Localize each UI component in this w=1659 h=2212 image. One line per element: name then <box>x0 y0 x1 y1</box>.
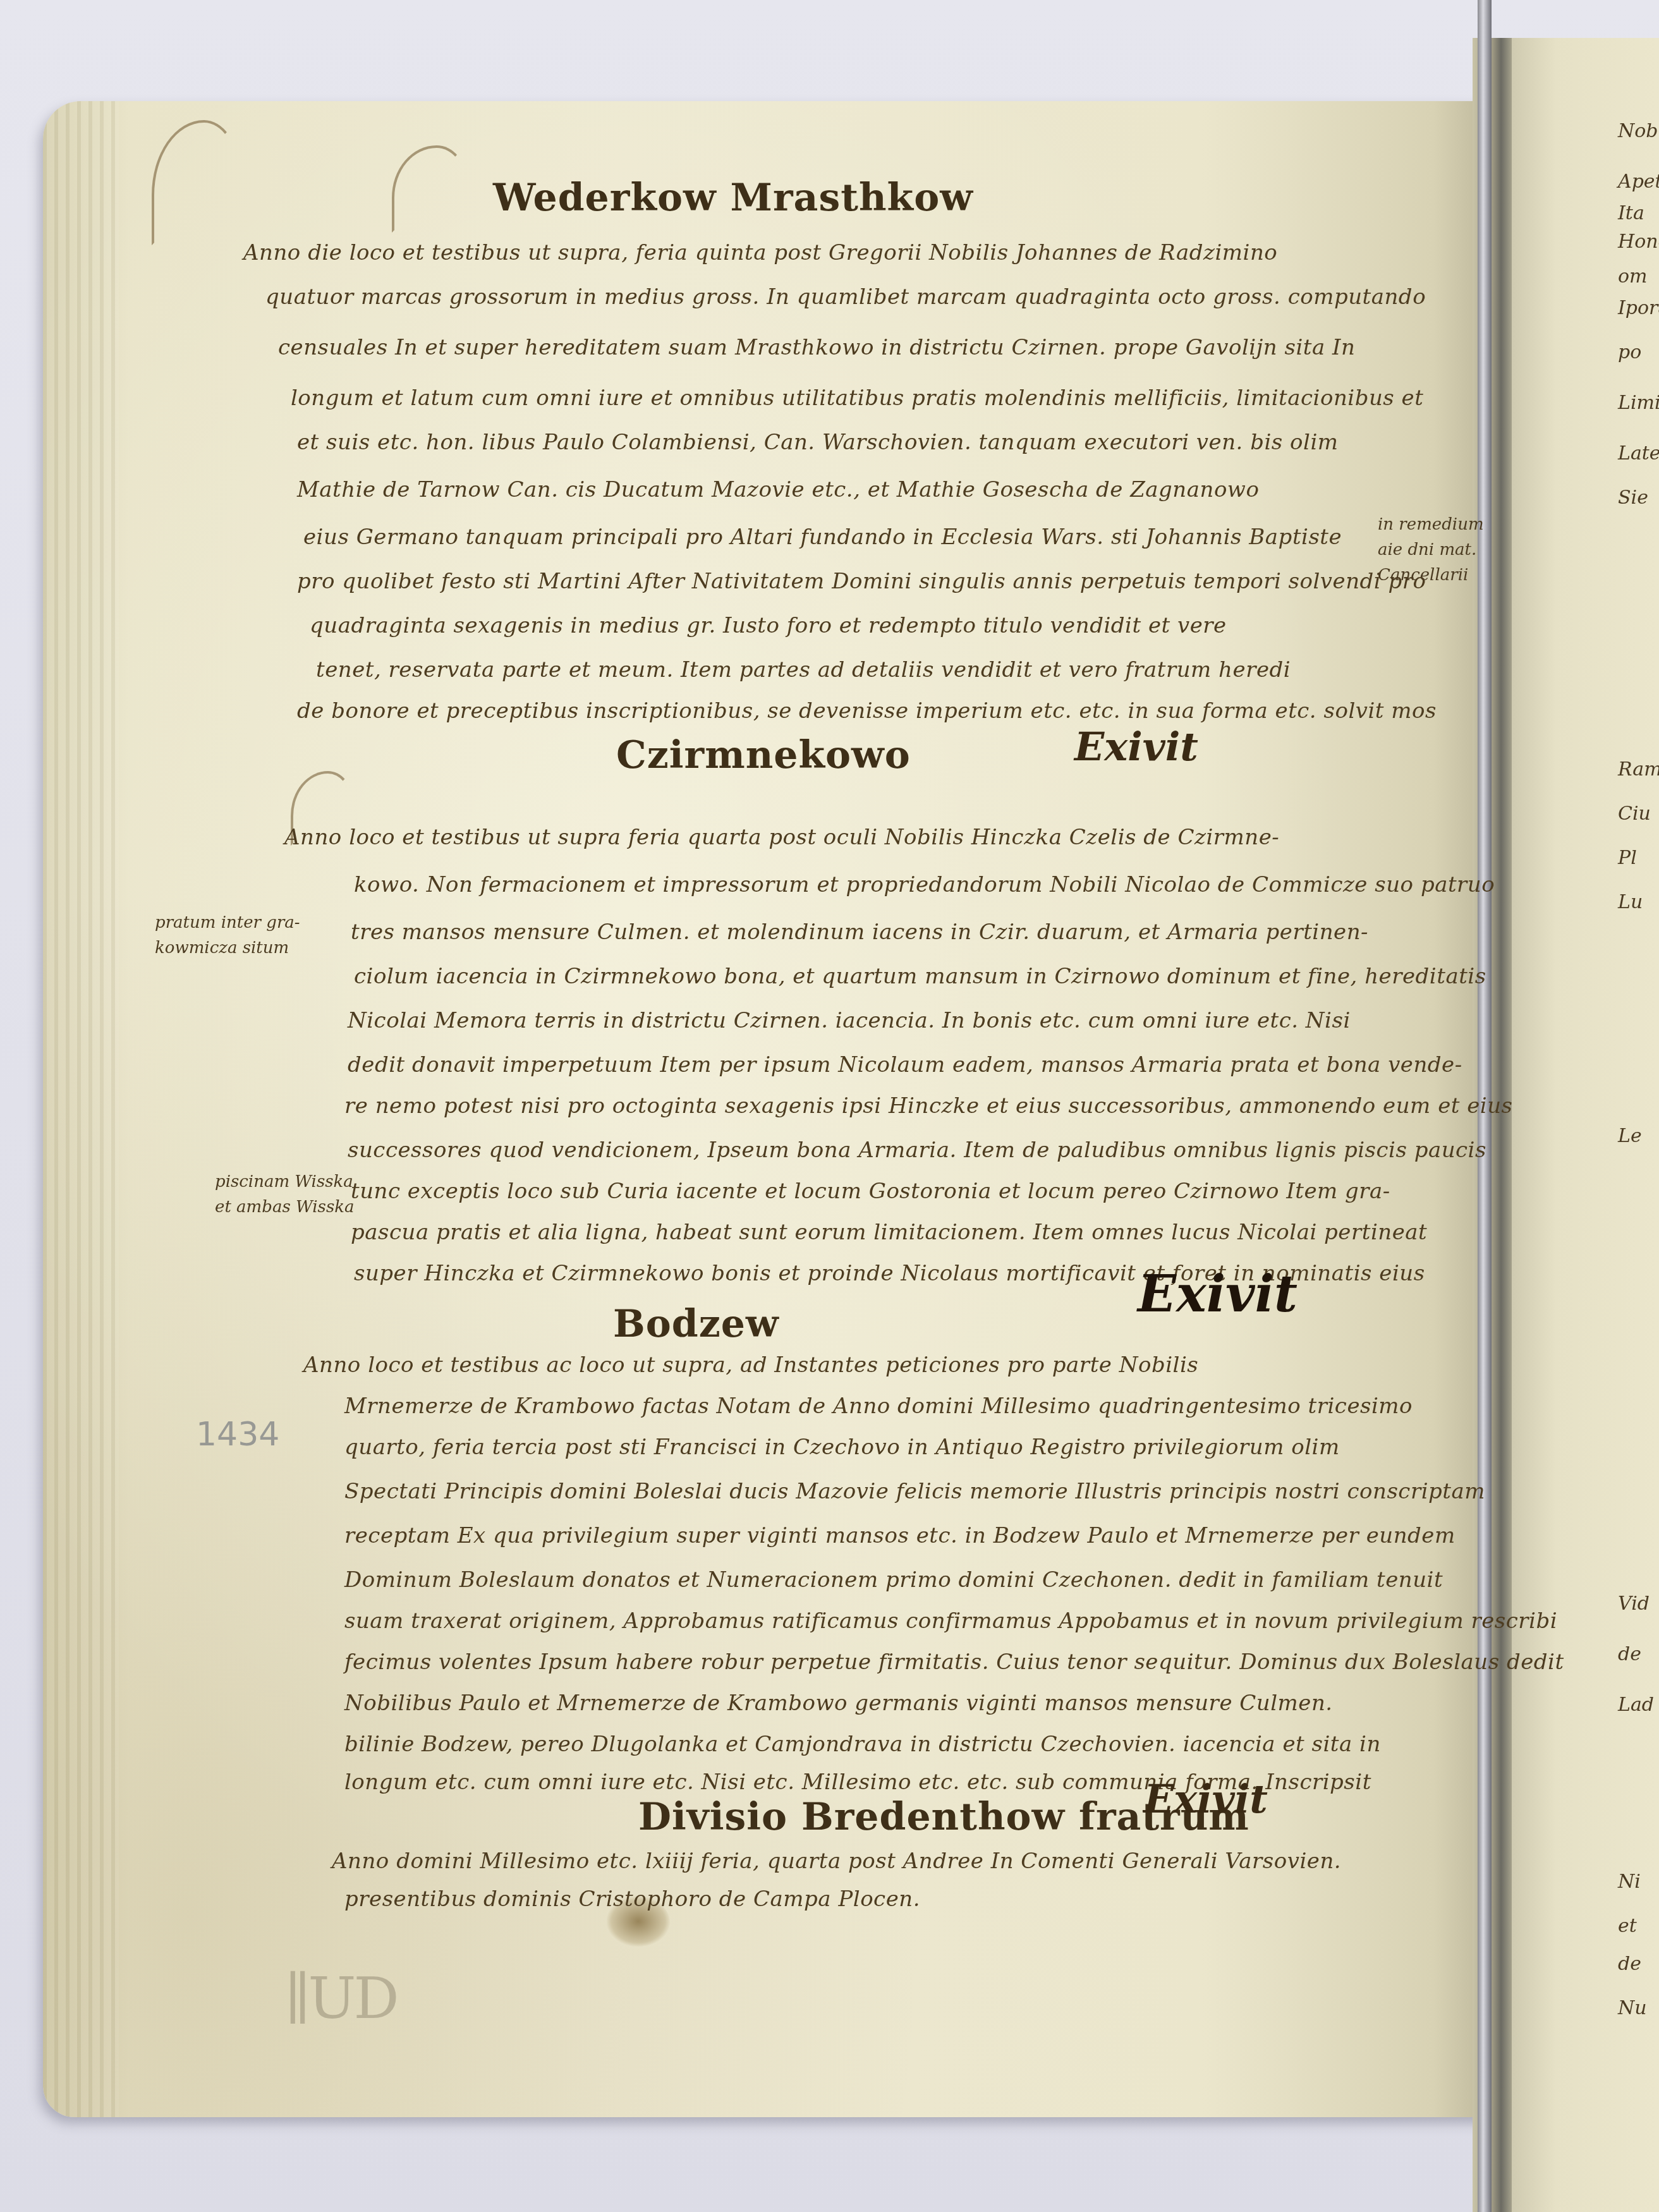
text-line: quarto, feria tercia post sti Francisci … <box>344 1435 1340 1460</box>
facing-text: Lu <box>1618 891 1643 913</box>
facing-text: Ciu <box>1618 803 1651 825</box>
text-line: Anno domini Millesimo etc. lxiiij feria,… <box>332 1849 1341 1874</box>
exivit-note: Exivit <box>1144 1776 1268 1822</box>
margin-gloss-line: pratum inter gra- <box>155 910 300 935</box>
text-line: kowo. Non fermacionem et impressorum et … <box>354 872 1495 897</box>
text-line: longum et latum cum omni iure et omnibus… <box>291 386 1423 411</box>
text-line: quatuor marcas grossorum in medius gross… <box>265 284 1426 310</box>
text-line: Mrnemerze de Krambowo factas Notam de An… <box>344 1394 1413 1419</box>
text-line: quadraginta sexagenis in medius gr. Iust… <box>310 613 1227 638</box>
facing-text: Late <box>1618 442 1659 465</box>
facing-text: Nobi <box>1618 120 1659 142</box>
text-line: ciolum iacencia in Czirmnekowo bona, et … <box>354 964 1486 989</box>
facing-text: Le <box>1618 1125 1642 1147</box>
facing-text: Nu <box>1618 1997 1647 2019</box>
facing-text: Sie <box>1618 487 1648 509</box>
text-line: et suis etc. hon. libus Paulo Colambiens… <box>297 430 1339 455</box>
margin-gloss-line: aie dni mat. <box>1378 537 1484 562</box>
text-line: Dominum Boleslaum donatos et Numeracione… <box>344 1567 1443 1593</box>
exivit-note: Exivit <box>1074 724 1198 770</box>
text-line: eius Germano tanquam principali pro Alta… <box>303 525 1342 550</box>
margin-gloss-line: piscinam Wisska <box>215 1169 355 1194</box>
margin-gloss-line: in remedium <box>1378 512 1484 537</box>
text-line: receptam Ex qua privilegium super vigint… <box>344 1523 1455 1548</box>
text-line: Anno loco et testibus ac loco ut supra, … <box>303 1352 1198 1378</box>
facing-text: de <box>1618 1643 1641 1665</box>
text-line: tres mansos mensure Culmen. et molendinu… <box>351 920 1368 945</box>
text-line: tenet, reservata parte et meum. Item par… <box>316 657 1291 683</box>
text-line: re nemo potest nisi pro octoginta sexage… <box>344 1093 1513 1119</box>
exivit-note: Exivit <box>1138 1264 1297 1323</box>
facing-text: Lad <box>1618 1694 1654 1716</box>
text-line: successores quod vendicionem, Ipseum bon… <box>348 1138 1486 1163</box>
facing-text: Ramo <box>1618 758 1659 781</box>
facing-text: Ni <box>1618 1871 1641 1893</box>
text-line: pro quolibet festo sti Martini After Nat… <box>297 569 1426 594</box>
faded-offset-mark: ∥UD <box>284 1966 449 2035</box>
margin-gloss-line: kowmicza situm <box>155 935 300 961</box>
facing-text: Honor <box>1618 231 1659 253</box>
facing-text: Ipora <box>1618 297 1659 319</box>
facing-text: Pl <box>1618 847 1637 869</box>
text-line: Nicolai Memora terris in districtu Czirn… <box>348 1008 1351 1033</box>
folio-fore-edge <box>43 101 119 2117</box>
text-line: Mathie de Tarnow Can. cis Ducatum Mazovi… <box>297 477 1259 502</box>
facing-text: po <box>1618 341 1641 363</box>
text-line: Anno die loco et testibus ut supra, feri… <box>243 240 1277 265</box>
text-line: Spectati Principis domini Boleslai ducis… <box>344 1479 1485 1504</box>
text-line: bilinie Bodzew, pereo Dlugolanka et Camj… <box>344 1732 1381 1757</box>
text-line: pascua pratis et alia ligna, habeat sunt… <box>351 1220 1427 1245</box>
facing-text: de <box>1618 1953 1641 1975</box>
margin-gloss: in remedium aie dni mat. Cancellarii <box>1378 512 1484 588</box>
facing-text: Limi <box>1618 392 1659 414</box>
text-line: dedit donavit imperpetuum Item per ipsum… <box>348 1052 1462 1078</box>
text-line: suam traxerat originem, Approbamus ratif… <box>344 1608 1557 1634</box>
text-line: Nobilibus Paulo et Mrnemerze de Krambowo… <box>344 1691 1333 1716</box>
text-line: presentibus dominis Cristophoro de Campa… <box>344 1887 920 1912</box>
margin-gloss: piscinam Wisska et ambas Wisska <box>215 1169 355 1220</box>
entry-heading: Wederkow Mrasthkow <box>493 176 973 220</box>
pencil-date-note: 1434 <box>196 1416 279 1454</box>
entry-heading: Bodzew <box>613 1302 779 1346</box>
facing-text: Vid <box>1618 1593 1650 1615</box>
text-line: de bonore et preceptibus inscriptionibus… <box>297 698 1437 724</box>
facing-text: et <box>1618 1915 1637 1937</box>
text-line: censuales In et super hereditatem suam M… <box>278 335 1355 360</box>
margin-gloss-line: Cancellarii <box>1378 562 1484 588</box>
facing-text: Ita <box>1618 202 1644 224</box>
facing-text: Apetran <box>1618 171 1659 193</box>
text-line: tunc exceptis loco sub Curia iacente et … <box>351 1179 1390 1204</box>
margin-gloss-line: et ambas Wisska <box>215 1194 355 1220</box>
text-line: Anno loco et testibus ut supra feria qua… <box>284 825 1279 850</box>
margin-gloss: pratum inter gra- kowmicza situm <box>155 910 300 961</box>
facing-text: om <box>1618 265 1648 288</box>
entry-heading: Czirmnekowo <box>616 733 911 777</box>
text-line: fecimus volentes Ipsum habere robur perp… <box>344 1650 1564 1675</box>
